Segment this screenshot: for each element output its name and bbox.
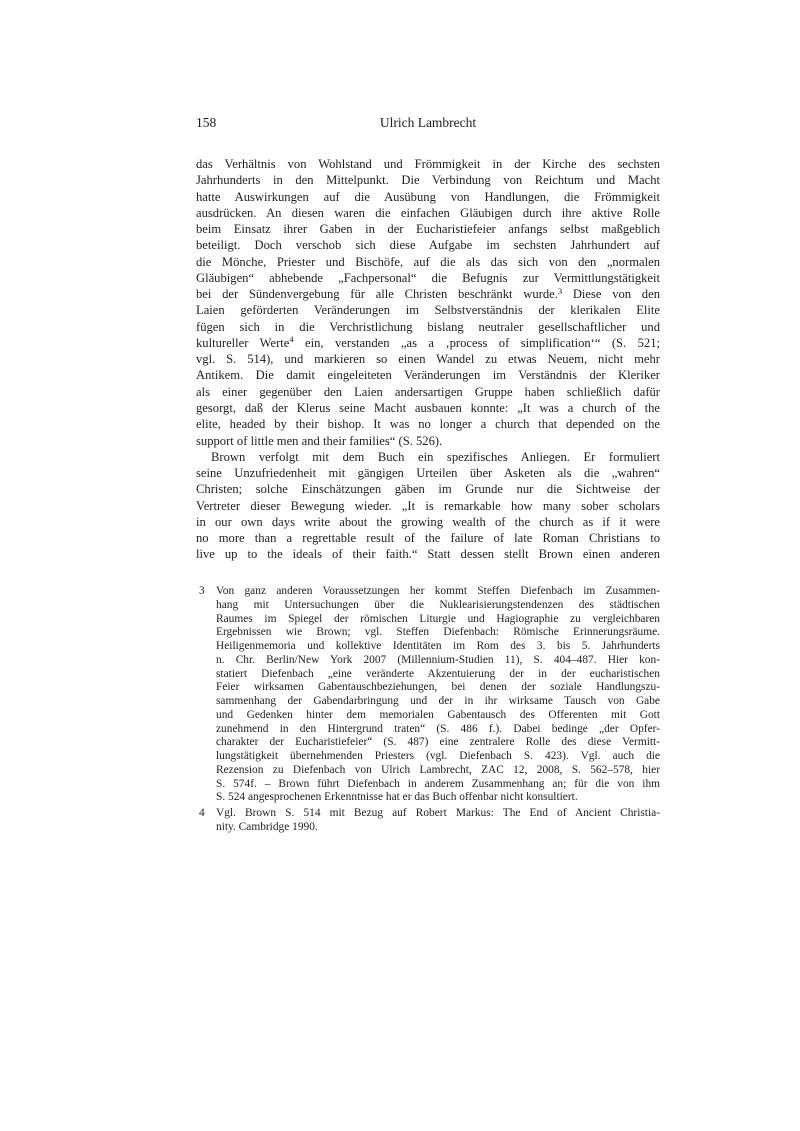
text-line: n. Chr. Berlin/New York 2007 (Millennium… bbox=[216, 654, 660, 668]
text-line: seine Unzufriedenheit mit gängigen Urtei… bbox=[196, 465, 660, 481]
main-text-block: das Verhältnis von Wohlstand und Frömmig… bbox=[196, 156, 660, 563]
text-line: elite, headed by their bishop. It was no… bbox=[196, 416, 660, 432]
text-line: Feier wirksamen Gabentauschbeziehungen, … bbox=[216, 681, 660, 695]
text-line: beteiligt. Doch verschob sich diese Aufg… bbox=[196, 237, 660, 253]
text-line: Raumes im Spiegel der römischen Liturgie… bbox=[216, 613, 660, 627]
footnote-marker: 4 bbox=[289, 335, 293, 345]
text-line: Christen; solche Einschätzungen gäben im… bbox=[196, 481, 660, 497]
text-line: support of little men and their families… bbox=[196, 433, 660, 449]
text-line: Antikem. Die damit eingeleiteten Verände… bbox=[196, 367, 660, 383]
text-line: als einer gegenüber den Laien andersarti… bbox=[196, 384, 660, 400]
text-line: Heiligenmemoria und kollektive Identität… bbox=[216, 640, 660, 654]
text-line: vgl. S. 514), und markieren so einen Wan… bbox=[196, 351, 660, 367]
text-line: Ergebnissen wie Brown; vgl. Steffen Dief… bbox=[216, 626, 660, 640]
text-line: kultureller Werte4 ein, verstanden „as a… bbox=[196, 335, 660, 351]
text-line: zunehmend in den Hintergrund traten“ (S.… bbox=[216, 723, 660, 737]
text-line: statiert Diefenbach „eine veränderte Akz… bbox=[216, 668, 660, 682]
text-line: beim Einsatz ihrer Gaben in der Eucharis… bbox=[196, 221, 660, 237]
text-line: charakter der Eucharistiefeier“ (S. 487)… bbox=[216, 736, 660, 750]
text-line: bei der Sündenvergebung für alle Christe… bbox=[196, 286, 660, 302]
text-line: nity. Cambridge 1990. bbox=[216, 821, 660, 835]
text-line: S. 524 angesprochenen Erkenntnisse hat e… bbox=[216, 791, 660, 805]
text-line: no more than a regrettable result of the… bbox=[196, 530, 660, 546]
footnote: 4Vgl. Brown S. 514 mit Bezug auf Robert … bbox=[196, 807, 660, 835]
page-header: 158 Ulrich Lambrecht bbox=[196, 114, 660, 132]
text-line: Jahrhunderts in den Mittelpunkt. Die Ver… bbox=[196, 172, 660, 188]
footnote-text: Von ganz anderen Voraussetzungen her kom… bbox=[216, 585, 660, 805]
paragraph: das Verhältnis von Wohlstand und Frömmig… bbox=[196, 156, 660, 449]
text-line: S. 574f. – Brown führt Diefenbach in and… bbox=[216, 778, 660, 792]
text-line: Brown verfolgt mit dem Buch ein spezifis… bbox=[196, 449, 660, 465]
footnotes-block: 3Von ganz anderen Voraussetzungen her ko… bbox=[196, 585, 660, 835]
text-line: gesorgt, daß der Klerus seine Macht ausb… bbox=[196, 400, 660, 416]
text-line: Laien geförderten Veränderungen im Selbs… bbox=[196, 302, 660, 318]
text-line: das Verhältnis von Wohlstand und Frömmig… bbox=[196, 156, 660, 172]
text-line: fügen sich in die Verchristlichung bisla… bbox=[196, 319, 660, 335]
text-line: Vertreter dieser Bewegung wieder. „It is… bbox=[196, 498, 660, 514]
text-line: in our own days write about the growing … bbox=[196, 514, 660, 530]
text-line: Gläubigen“ abhebende „Fachpersonal“ die … bbox=[196, 270, 660, 286]
paragraph: Brown verfolgt mit dem Buch ein spezifis… bbox=[196, 449, 660, 563]
text-line: Vgl. Brown S. 514 mit Bezug auf Robert M… bbox=[216, 807, 660, 821]
footnote-number: 4 bbox=[196, 807, 216, 835]
text-line: lungstätigkeit übernehmenden Priesters (… bbox=[216, 750, 660, 764]
text-line: live up to the ideals of their faith.“ S… bbox=[196, 546, 660, 562]
footnote-marker: 3 bbox=[558, 286, 562, 296]
text-line: und Gedenken hinter dem memorialen Gaben… bbox=[216, 709, 660, 723]
text-line: Rezension zu Diefenbach von Ulrich Lambr… bbox=[216, 764, 660, 778]
text-line: ausdrücken. An diesen waren die einfache… bbox=[196, 205, 660, 221]
footnote: 3Von ganz anderen Voraussetzungen her ko… bbox=[196, 585, 660, 805]
text-line: sammenhang der Gabendarbringung und der … bbox=[216, 695, 660, 709]
text-line: hatte Auswirkungen auf die Ausübung von … bbox=[196, 189, 660, 205]
text-line: Von ganz anderen Voraussetzungen her kom… bbox=[216, 585, 660, 599]
running-header: Ulrich Lambrecht bbox=[196, 114, 660, 132]
journal-page: 158 Ulrich Lambrecht das Verhältnis von … bbox=[0, 0, 800, 1131]
footnote-number: 3 bbox=[196, 585, 216, 805]
text-line: die Mönche, Priester und Bischöfe, auf d… bbox=[196, 254, 660, 270]
text-line: hang mit Untersuchungen über die Nuklear… bbox=[216, 599, 660, 613]
footnote-text: Vgl. Brown S. 514 mit Bezug auf Robert M… bbox=[216, 807, 660, 835]
